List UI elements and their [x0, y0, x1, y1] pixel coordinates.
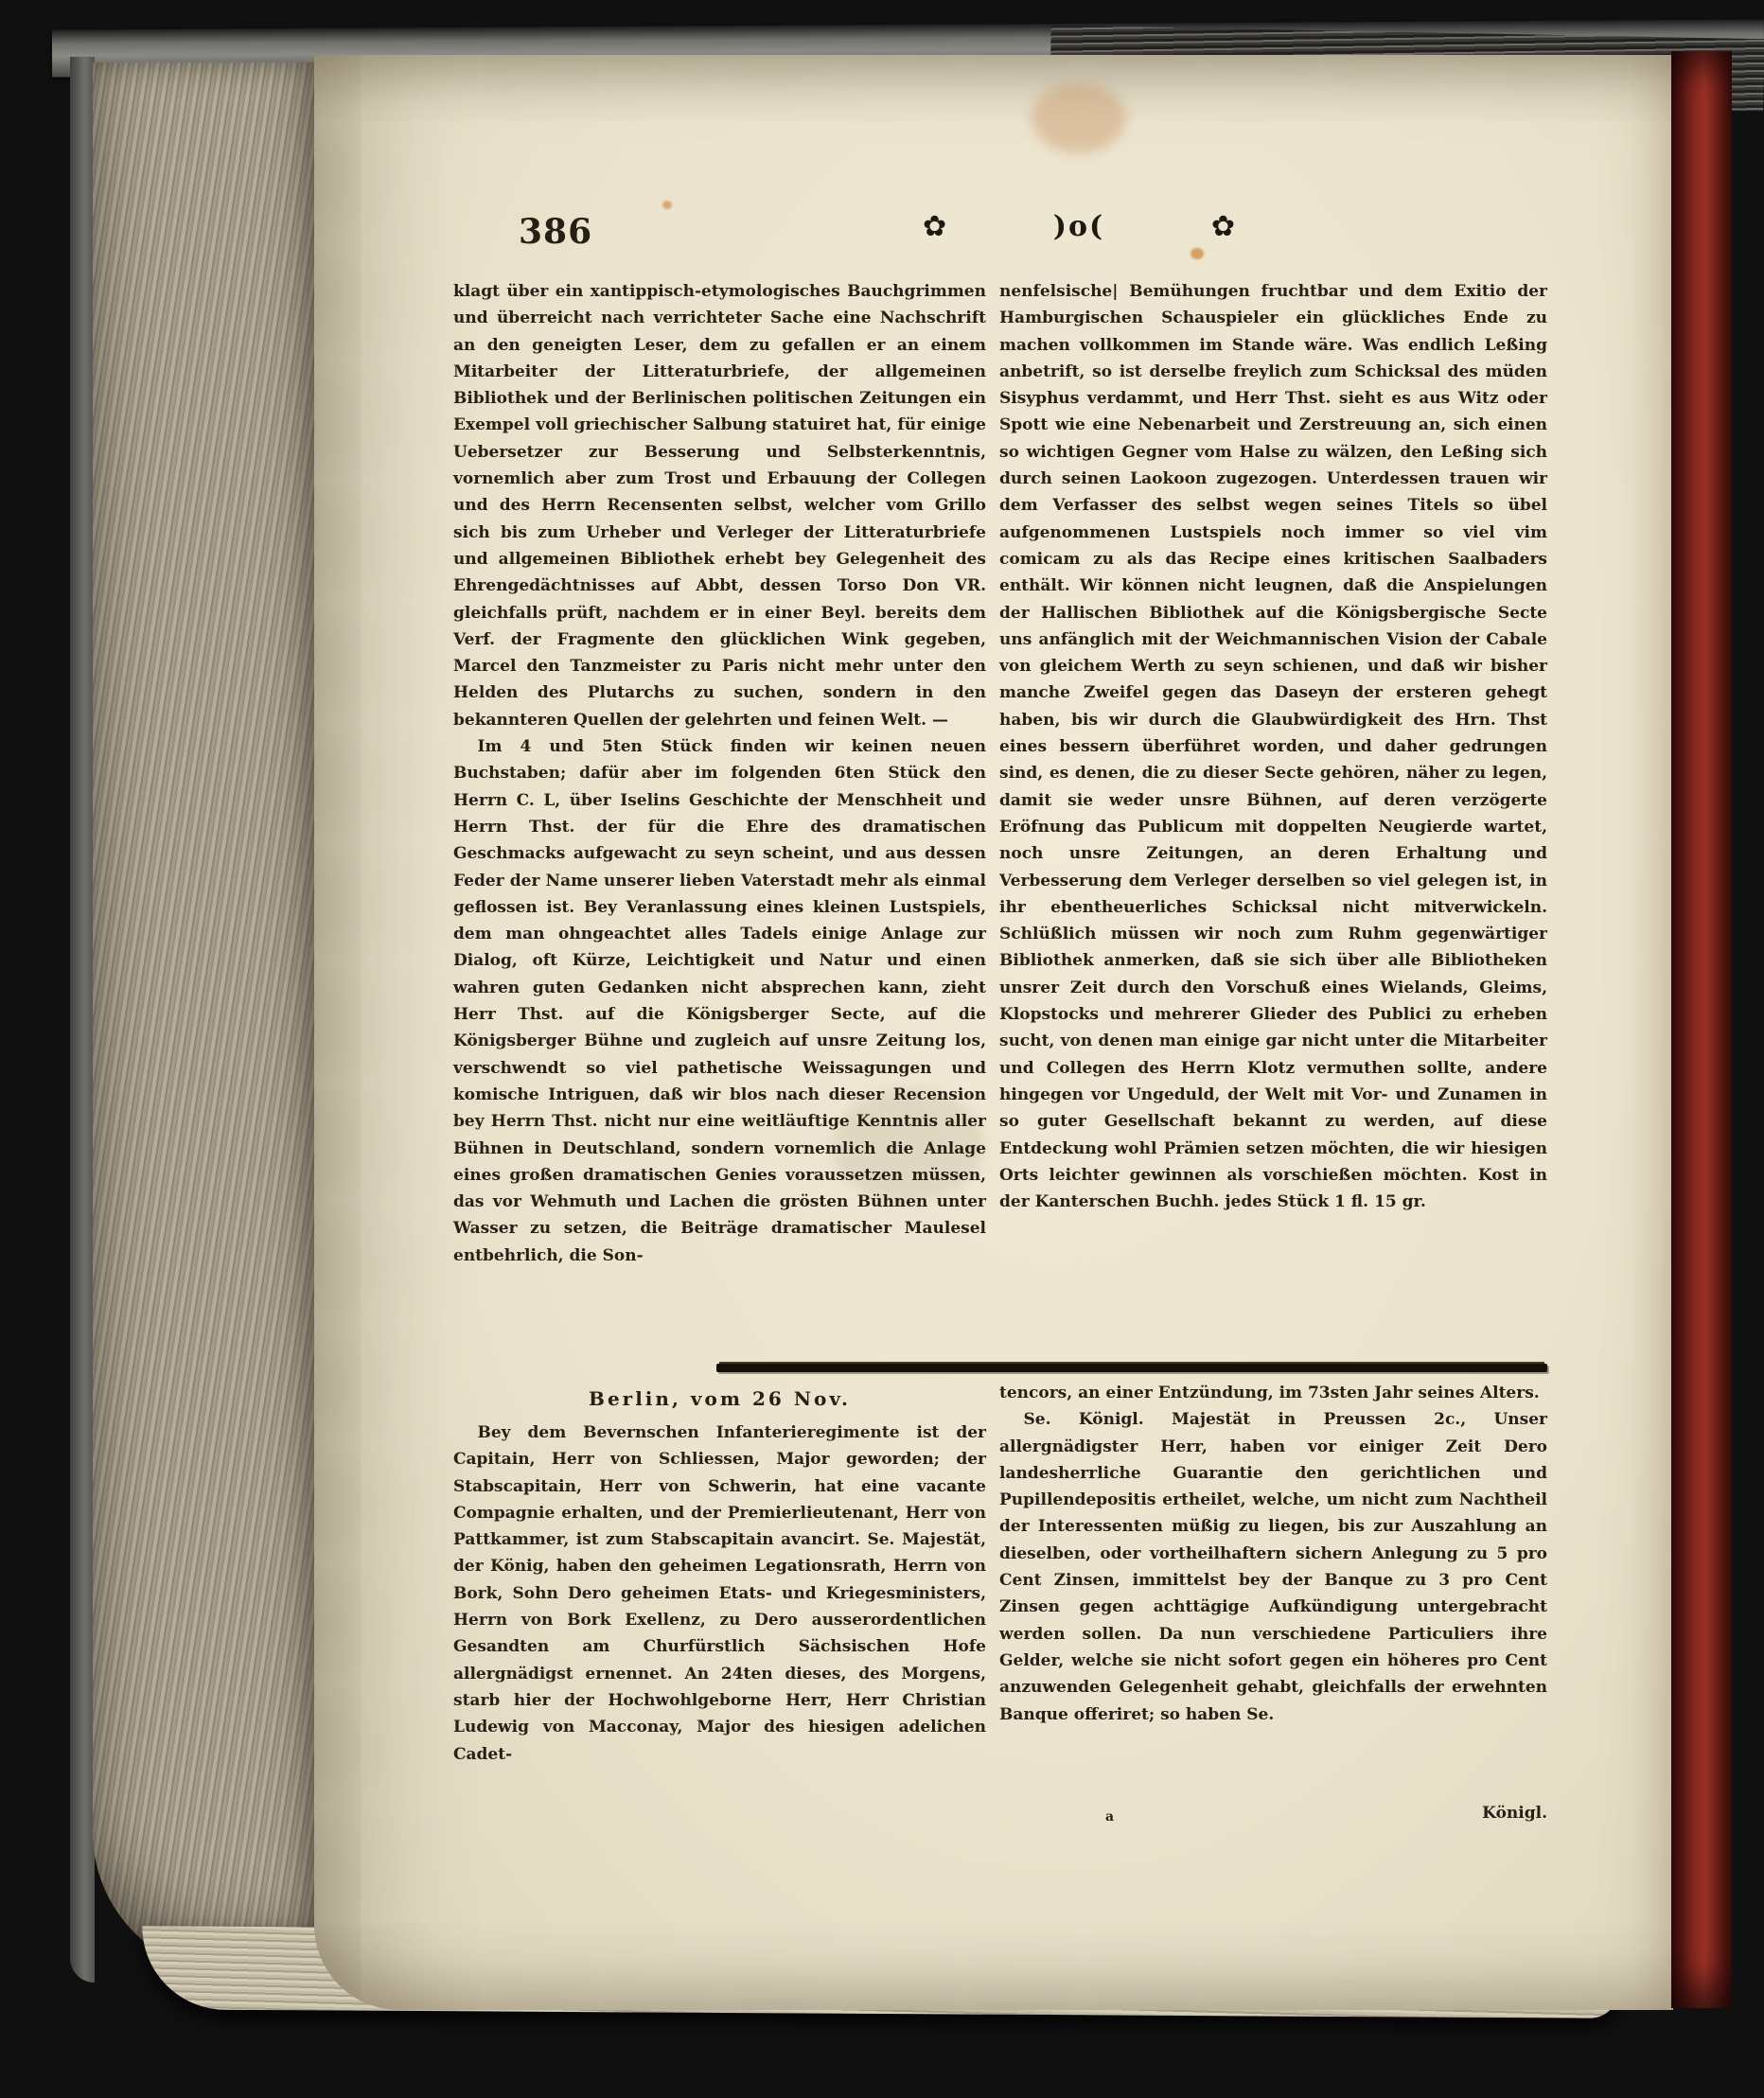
paragraph: nenfelsische| Bemühungen fruchtbar und d… — [999, 278, 1547, 1215]
section-divider-rule — [716, 1364, 1547, 1372]
paragraph: Bey dem Bevernschen Infanterieregimente … — [453, 1419, 986, 1768]
foxing-spot — [1191, 248, 1204, 259]
page-stack-left — [93, 62, 326, 1974]
catchword: Königl. — [999, 1804, 1547, 1823]
review-column-left: klagt über ein xantippisch-etymologische… — [453, 278, 986, 1269]
scanned-book-photo: { "page": { "number": "386", "header": {… — [0, 0, 1764, 2098]
header-separator-mark: )o( — [1053, 210, 1104, 243]
fan-ornament-left-icon: ✿ — [923, 210, 946, 243]
book-cover-left-edge — [70, 57, 95, 1983]
news-column-left: Bey dem Bevernschen Infanterieregimente … — [453, 1419, 986, 1768]
paragraph: Se. Königl. Majestät in Preussen 2c., Un… — [999, 1406, 1547, 1728]
review-column-right: nenfelsische| Bemühungen fruchtbar und d… — [999, 278, 1547, 1215]
paragraph: klagt über ein xantippisch-etymologische… — [453, 278, 986, 733]
red-fore-edge — [1671, 51, 1732, 2008]
news-heading: Berlin, vom 26 Nov. — [453, 1387, 986, 1410]
foxing-spot — [662, 201, 672, 209]
page-number: 386 — [519, 212, 592, 252]
fan-ornament-right-icon: ✿ — [1211, 210, 1235, 243]
paragraph: Im 4 und 5ten Stück finden wir keinen ne… — [453, 733, 986, 1269]
page-header: ✿ )o( ✿ — [923, 210, 1235, 243]
signature-mark: a — [1105, 1809, 1114, 1825]
news-column-right: tencors, an einer Entzündung, im 73sten … — [999, 1380, 1547, 1728]
paragraph: tencors, an einer Entzündung, im 73sten … — [999, 1380, 1547, 1406]
foxing-spot — [1032, 83, 1126, 153]
